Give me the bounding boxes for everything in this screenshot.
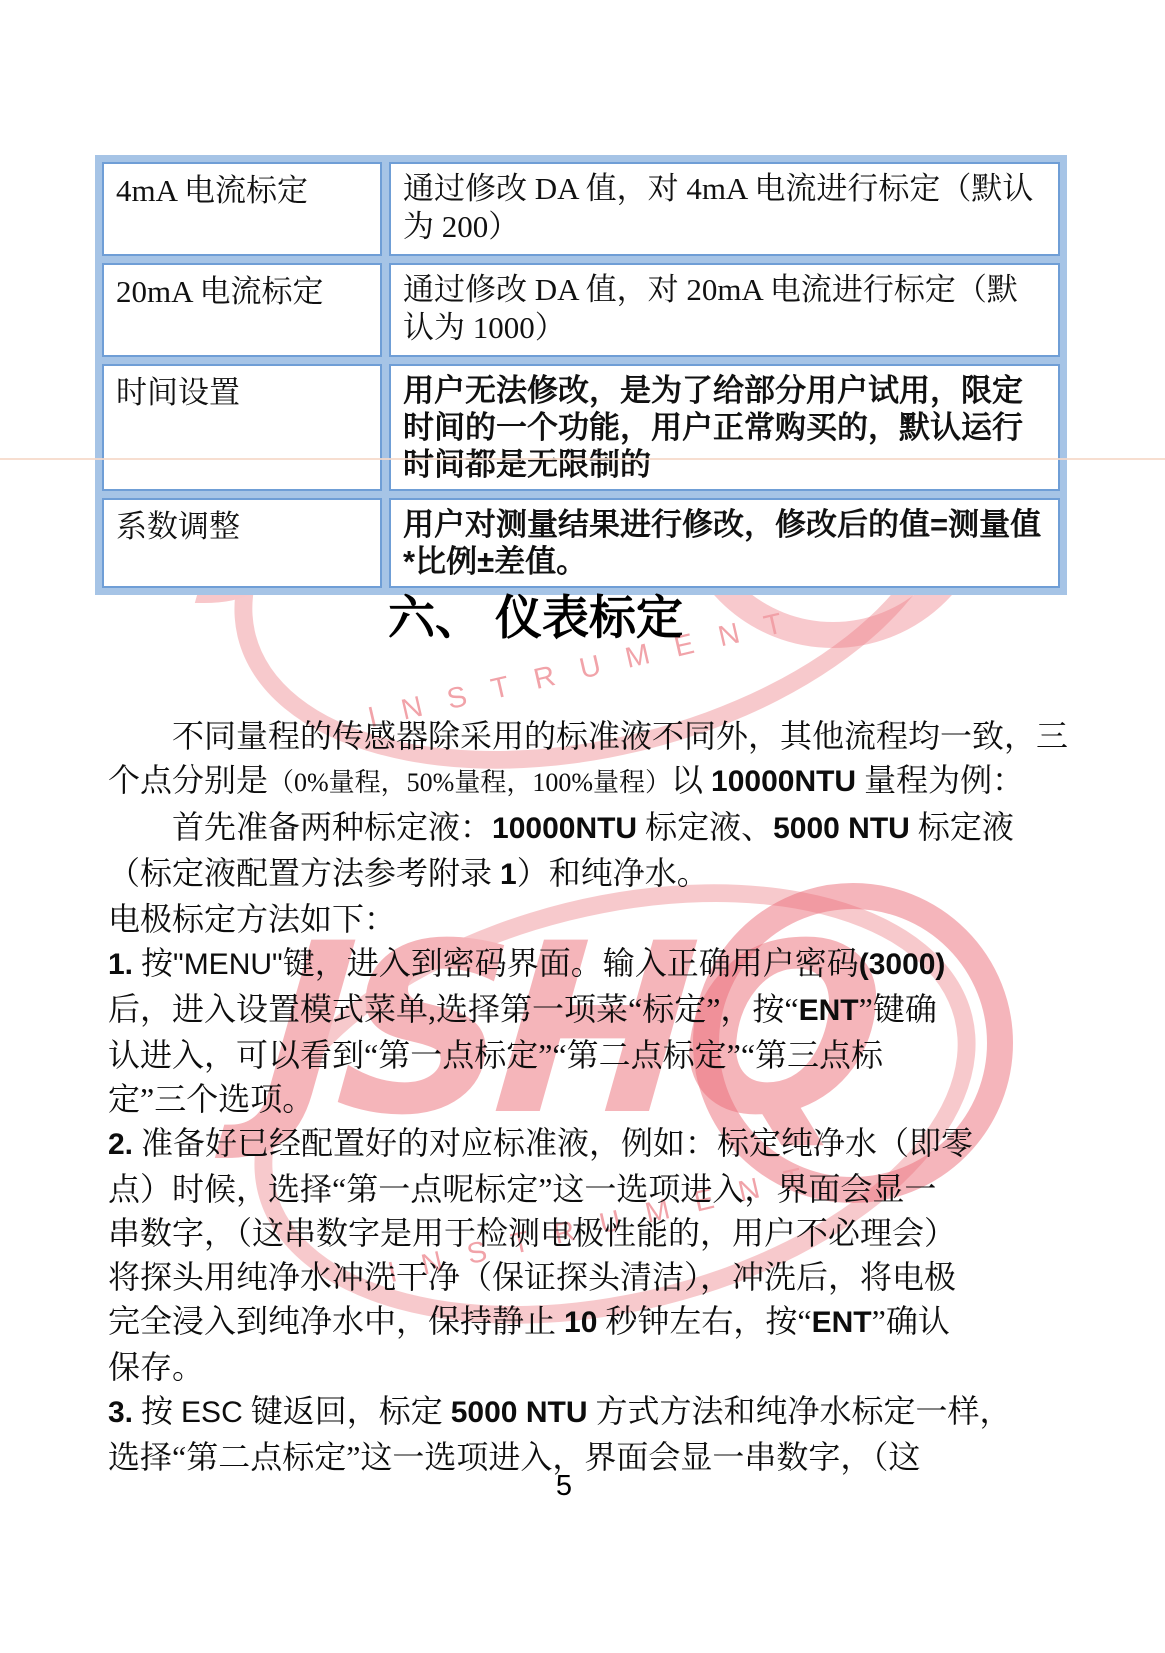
text-run: (3000) [859, 948, 946, 981]
table-label-cell: 20mA 电流标定 [102, 263, 382, 357]
body-line: 定”三个选项。 [108, 1077, 1148, 1121]
body-line: 串数字，（这串数字是用于检测电极性能的，用户不必理会） [108, 1211, 1148, 1255]
table-desc-cell: 通过修改 DA 值，对 4mA 电流进行标定（默认为 200） [389, 162, 1060, 256]
body-line: 首先准备两种标定液：10000NTU 标定液、5000 NTU 标定液 [108, 805, 1148, 851]
body-line: 点）时候，选择“第一点呢标定”这一选项进入，界面会显一 [108, 1167, 1148, 1211]
text-run: 键，进入到密码界面。输入正确用户密码 [283, 945, 859, 981]
section-heading: 六、 仪表标定 [388, 592, 683, 644]
body-line: 电极标定方法如下： [108, 897, 1148, 941]
page-number: 5 [0, 1470, 1128, 1503]
text-run: 点）时候，选择“第一点呢标定”这一选项进入，界面会显一 [108, 1171, 936, 1207]
text-run: ENT [812, 1306, 872, 1339]
body-line: 将探头用纯净水冲洗干净（保证探头清洁），冲洗后，将电极 [108, 1255, 1148, 1299]
table-desc-cell: 用户对测量结果进行修改，修改后的值=测量值*比例±差值。 [389, 498, 1060, 588]
text-run: 方式方法和纯净水标定一样， [587, 1393, 1011, 1429]
body-line: 3. 按 ESC 键返回，标定 5000 NTU 方式方法和纯净水标定一样， [108, 1389, 1148, 1435]
table-label-cell: 4mA 电流标定 [102, 162, 382, 256]
text-run: ”确认 [872, 1303, 950, 1339]
table-desc-cell: 通过修改 DA 值，对 20mA 电流进行标定（默认为 1000） [389, 263, 1060, 357]
body-line: 认进入，可以看到“第一点标定”“第二点标定”“第三点标 [108, 1033, 1148, 1077]
text-run: 以 [671, 762, 711, 798]
text-run: 定”三个选项。 [108, 1081, 314, 1117]
text-run: 后，进入设置模式菜单,选择第一项菜“标定”，按“ [108, 991, 799, 1027]
text-run: 标定液、 [637, 809, 773, 845]
text-run: 量程为例： [856, 762, 1024, 798]
text-run: ）和纯净水。 [517, 855, 709, 891]
body-line: （标定液配置方法参考附录 1）和纯净水。 [108, 851, 1148, 897]
text-run: ESC [181, 1396, 243, 1429]
text-run: 完全浸入到纯净水中，保持静止 [108, 1303, 564, 1339]
divider-line [0, 458, 1165, 460]
table-label-cell: 时间设置 [102, 364, 382, 491]
text-run: （0%量程，50%量程，100%量程） [268, 768, 671, 797]
table-label-cell: 系数调整 [102, 498, 382, 588]
text-run: 10000NTU [711, 765, 856, 798]
text-run: 键返回，标定 [243, 1393, 451, 1429]
body-line: 1. 按"MENU"键，进入到密码界面。输入正确用户密码(3000) [108, 941, 1148, 987]
text-run: 5000 NTU [773, 812, 910, 845]
text-run: 秒钟左右，按“ [597, 1303, 811, 1339]
text-run: 10 [564, 1306, 597, 1339]
text-run: （标定液配置方法参考附录 [108, 855, 500, 891]
text-run: 按 [133, 1393, 181, 1429]
page-content: 4mA 电流标定通过修改 DA 值，对 4mA 电流进行标定（默认为 200）2… [0, 0, 1165, 1653]
text-run: 2. [108, 1128, 133, 1161]
table-desc-cell: 用户无法修改，是为了给部分用户试用，限定时间的一个功能，用户正常购买的，默认运行… [389, 364, 1060, 491]
body-line: 完全浸入到纯净水中，保持静止 10 秒钟左右，按“ENT”确认 [108, 1299, 1148, 1345]
text-run: "MENU" [173, 948, 283, 981]
document-page: JSHQ INSTRUMENT JSHQ INSTRUMENT 4mA 电流标定… [0, 0, 1165, 1653]
text-run: 1 [500, 858, 517, 891]
text-run: 准备好已经配置好的对应标准液，例如：标定纯净水（即零 [133, 1125, 973, 1161]
text-run: 保存。 [108, 1349, 204, 1385]
text-run: 不同量程的传感器除采用的标准液不同外，其他流程均一致，三 [172, 718, 1068, 754]
body-text: 不同量程的传感器除采用的标准液不同外，其他流程均一致，三个点分别是（0%量程，5… [108, 714, 1148, 1479]
text-run: 标定液 [910, 809, 1014, 845]
body-line: 2. 准备好已经配置好的对应标准液，例如：标定纯净水（即零 [108, 1121, 1148, 1167]
text-run: 5000 NTU [451, 1396, 588, 1429]
text-run: 个点分别是 [108, 762, 268, 798]
text-run: 按 [133, 945, 173, 981]
body-line: 后，进入设置模式菜单,选择第一项菜“标定”，按“ENT”键确 [108, 987, 1148, 1033]
text-run: ENT [799, 994, 859, 1027]
body-line: 不同量程的传感器除采用的标准液不同外，其他流程均一致，三 [108, 714, 1148, 758]
text-run: 认进入，可以看到“第一点标定”“第二点标定”“第三点标 [108, 1037, 883, 1073]
body-line: 个点分别是（0%量程，50%量程，100%量程）以 10000NTU 量程为例： [108, 758, 1148, 805]
text-run: 10000NTU [492, 812, 637, 845]
text-run: 将探头用纯净水冲洗干净（保证探头清洁），冲洗后，将电极 [108, 1259, 956, 1295]
text-run: 电极标定方法如下： [108, 901, 396, 937]
body-line: 保存。 [108, 1345, 1148, 1389]
text-run: 3. [108, 1396, 133, 1429]
settings-table: 4mA 电流标定通过修改 DA 值，对 4mA 电流进行标定（默认为 200）2… [95, 155, 1067, 595]
text-run: 首先准备两种标定液： [172, 809, 492, 845]
text-run: 串数字，（这串数字是用于检测电极性能的，用户不必理会） [108, 1215, 956, 1251]
text-run: 1. [108, 948, 133, 981]
text-run: ”键确 [859, 991, 937, 1027]
